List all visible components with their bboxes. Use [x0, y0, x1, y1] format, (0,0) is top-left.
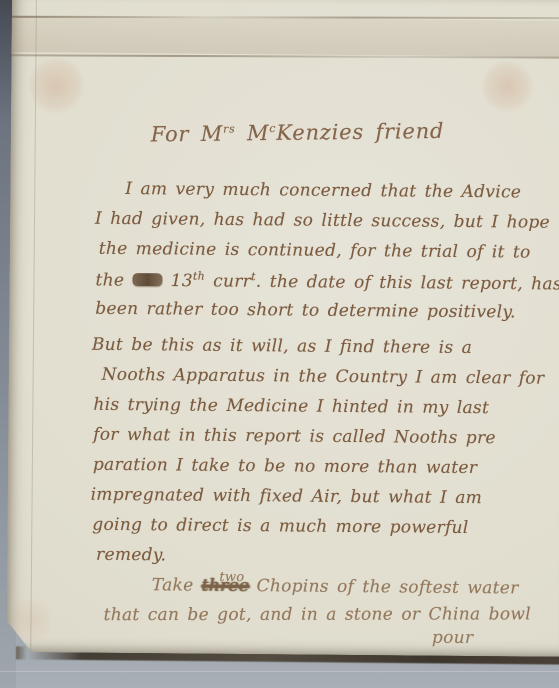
handwritten-text: for what in this report is called Nooths… — [93, 425, 496, 449]
handwritten-text: that can be got, and in a stone or China… — [104, 604, 531, 625]
handwritten-text: I am very much concerned that the Advice — [125, 179, 521, 202]
manuscript-line: remedy. — [96, 545, 542, 579]
handwritten-text: . the date of this last report, has — [256, 272, 559, 295]
handwritten-text: But be this as it will, as I find there … — [92, 335, 472, 358]
superscript-text: rs — [223, 122, 236, 135]
handwritten-text: Kenzies friend — [276, 119, 444, 145]
handwritten-text: Chopins of the softest water — [248, 576, 518, 598]
handwritten-text: paration I take to be no more than water — [93, 455, 477, 478]
handwritten-text: curr — [205, 271, 251, 291]
inserted-word: two — [219, 570, 244, 585]
handwritten-text: remedy. — [96, 545, 166, 566]
handwritten-text: going to direct is a much more powerful — [92, 515, 468, 538]
manuscript-line: paration I take to be no more than water — [93, 455, 543, 489]
manuscript-line: the medicine is continued, for the trial… — [99, 239, 545, 273]
handwritten-text: 13 — [162, 271, 193, 291]
handwriting-layer: For Mrs McKenzies friend I am very much … — [6, 0, 559, 657]
handwritten-text: impregnated with fixed Air, but what I a… — [91, 485, 483, 508]
letter-heading: For Mrs McKenzies friend — [151, 119, 461, 147]
background-seam-line — [0, 671, 559, 672]
manuscript-line: Nooths Apparatus in the Country I am cle… — [101, 365, 543, 399]
manuscript-line: for what in this report is called Nooths… — [93, 425, 543, 459]
superscript-text: th — [193, 270, 205, 283]
manuscript-line: Take threetwo Chopins of the softest wat… — [152, 575, 542, 606]
letter-page: For Mrs McKenzies friend I am very much … — [6, 0, 559, 657]
manuscript-line: that can be got, and in a stone or China… — [104, 604, 542, 627]
manuscript-line: But be this as it will, as I find there … — [92, 335, 544, 369]
handwritten-text: Nooths Apparatus in the Country I am cle… — [102, 365, 545, 389]
manuscript-line: I had given, has had so little success, … — [95, 209, 545, 243]
handwritten-text: M — [235, 121, 269, 145]
handwritten-text: the medicine is continued, for the trial… — [99, 239, 531, 263]
deleted-word-blot: [deleted] — [132, 273, 162, 286]
manuscript-line: impregnated with fixed Air, but what I a… — [90, 485, 542, 519]
handwritten-text: Take — [152, 575, 202, 595]
manuscript-line: the [deleted] 13th currt. the date of th… — [95, 269, 544, 303]
handwritten-text: For M — [151, 122, 224, 147]
manuscript-line: his trying the Medicine I hinted in my l… — [93, 395, 543, 429]
handwritten-text: his trying the Medicine I hinted in my l… — [93, 395, 489, 418]
handwritten-text: I had given, has had so little success, … — [95, 209, 550, 233]
manuscript-line: been rather too short to determine posit… — [95, 299, 544, 333]
manuscript-photo: For Mrs McKenzies friend I am very much … — [0, 0, 559, 688]
manuscript-line: I am very much concerned that the Advice — [125, 179, 545, 213]
manuscript-line: going to direct is a much more powerful — [92, 515, 542, 549]
catchword: pour — [89, 625, 541, 653]
letter-body: I am very much concerned that the Advice… — [89, 179, 545, 653]
handwritten-text: the — [95, 270, 132, 290]
handwritten-text: been rather too short to determine posit… — [95, 299, 516, 323]
